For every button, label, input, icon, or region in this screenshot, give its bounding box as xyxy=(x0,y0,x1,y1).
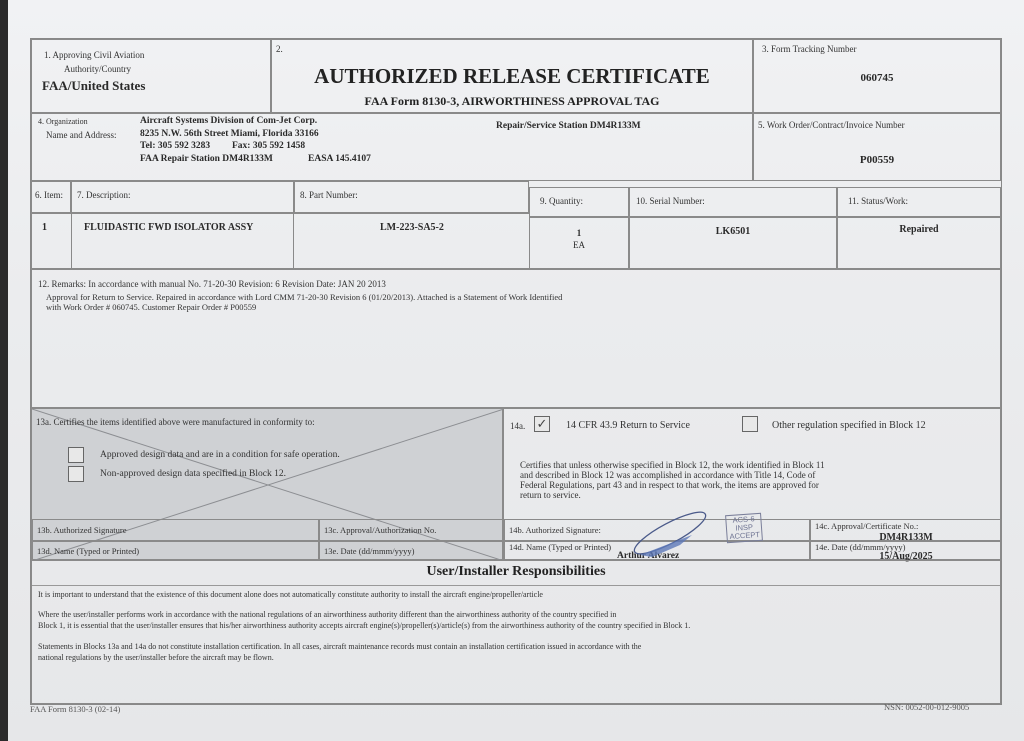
org-phone: Tel: 305 592 3283 xyxy=(140,141,210,151)
approved-design-checkbox[interactable] xyxy=(68,447,84,463)
form-8130-3: 1. Approving Civil Aviation Authority/Co… xyxy=(30,38,1002,705)
work-order-number: P00559 xyxy=(754,154,1000,166)
other-regulation-label: Other regulation specified in Block 12 xyxy=(772,420,926,431)
item-status: Repaired xyxy=(838,224,1000,235)
org-address: 8235 N.W. 56th Street Miami, Florida 331… xyxy=(140,129,319,139)
block-4-organization: 4. Organization Name and Address: Aircra… xyxy=(31,113,753,181)
header-quantity: 9. Quantity: xyxy=(529,187,629,217)
block-5-label: 5. Work Order/Contract/Invoice Number xyxy=(758,120,905,130)
block-12-remarks: 12. Remarks: In accordance with manual N… xyxy=(31,269,1001,408)
certificate-title: AUTHORIZED RELEASE CERTIFICATE xyxy=(272,64,752,89)
stamp-line-3: ACCEPT xyxy=(729,531,760,541)
authority-country: FAA/United States xyxy=(42,78,145,94)
faa-repair-station: FAA Repair Station DM4R133M xyxy=(140,154,273,164)
block-14d-label: 14d. Name (Typed or Printed) xyxy=(509,542,611,552)
item-quantity: 1 xyxy=(530,228,628,238)
block-14b-label: 14b. Authorized Signature: xyxy=(509,525,601,535)
header-status: 11. Status/Work: xyxy=(837,187,1001,217)
item-number: 1 xyxy=(42,222,47,233)
certifies-line-4: return to service. xyxy=(520,490,581,501)
block-14c-label: 14c. Approval/Certificate No.: xyxy=(815,521,918,531)
inspection-stamp: ACS-6 INSP ACCEPT xyxy=(725,513,763,543)
easa-number: EASA 145.4107 xyxy=(308,154,371,164)
approved-design-label: Approved design data and are in a condit… xyxy=(100,450,340,461)
block-13-manufacturing: 13a. Certifies the items identified abov… xyxy=(31,408,503,560)
block-3-label: 3. Form Tracking Number xyxy=(762,44,857,54)
block-1-authority: 1. Approving Civil Aviation Authority/Co… xyxy=(31,39,271,113)
responsibilities-section: User/Installer Responsibilities It is im… xyxy=(31,560,1001,704)
item-unit: EA xyxy=(530,240,628,250)
signature-icon xyxy=(632,509,712,563)
responsibilities-para-3a: Statements in Blocks 13a and 14a do not … xyxy=(38,641,641,652)
responsibilities-para-2b: Block 1, it is essential that the user/i… xyxy=(38,620,690,631)
org-fax: Fax: 305 592 1458 xyxy=(232,141,305,151)
tracking-number: 060745 xyxy=(754,72,1000,84)
block-5-work-order: 5. Work Order/Contract/Invoice Number P0… xyxy=(753,113,1001,181)
header-part-number-label: 8. Part Number: xyxy=(300,190,358,200)
block-13d: 13d. Name (Typed or Printed) xyxy=(32,541,319,561)
block-13b: 13b. Authorized Signature xyxy=(32,519,319,541)
block-2-title: 2. AUTHORIZED RELEASE CERTIFICATE FAA Fo… xyxy=(271,39,753,113)
header-part-number: 8. Part Number: xyxy=(294,181,529,213)
block-13e: 13e. Date (dd/mmm/yyyy) xyxy=(319,541,504,561)
block-1-label: 1. Approving Civil Aviation xyxy=(44,50,144,60)
non-approved-design-checkbox[interactable] xyxy=(68,466,84,482)
other-regulation-checkbox[interactable] xyxy=(742,416,758,432)
row-status-cell: Repaired xyxy=(837,217,1001,269)
header-item-label: 6. Item: xyxy=(35,190,63,200)
block-4-label-2: Name and Address: xyxy=(46,130,116,140)
row-divider-1 xyxy=(71,213,294,269)
header-quantity-label: 9. Quantity: xyxy=(540,196,583,206)
item-part-number: LM-223-SA5-2 xyxy=(380,222,444,233)
form-version: FAA Form 8130-3 (02-14) xyxy=(30,704,120,715)
item-serial-number: LK6501 xyxy=(630,226,836,237)
header-serial-number-label: 10. Serial Number: xyxy=(636,196,705,206)
row-serial-cell: LK6501 xyxy=(629,217,837,269)
block-14a-label: 14a. xyxy=(510,421,525,431)
block-4-label: 4. Organization xyxy=(38,117,88,126)
header-description: 7. Description: xyxy=(71,181,294,213)
block-13a-label: 13a. Certifies the items identified abov… xyxy=(36,417,315,427)
block-13b-label: 13b. Authorized Signature xyxy=(37,525,126,535)
header-serial-number: 10. Serial Number: xyxy=(629,187,837,217)
header-item: 6. Item: xyxy=(31,181,71,213)
block-3-tracking: 3. Form Tracking Number 060745 xyxy=(753,39,1001,113)
block-13d-label: 13d. Name (Typed or Printed) xyxy=(37,546,139,556)
header-status-label: 11. Status/Work: xyxy=(848,196,908,206)
org-name: Aircraft Systems Division of Com-Jet Cor… xyxy=(140,116,317,126)
block-13c-label: 13c. Approval/Authorization No. xyxy=(324,525,436,535)
block-1-label-2: Authority/Country xyxy=(64,64,131,74)
block-13c: 13c. Approval/Authorization No. xyxy=(319,519,504,541)
certificate-subtitle: FAA Form 8130-3, AIRWORTHINESS APPROVAL … xyxy=(272,94,752,109)
remarks-line-1: 12. Remarks: In accordance with manual N… xyxy=(38,279,386,290)
certificate-paper: 1. Approving Civil Aviation Authority/Co… xyxy=(8,0,1024,741)
responsibilities-para-1: It is important to understand that the e… xyxy=(38,589,543,600)
block-14e: 14e. Date (dd/mmm/yyyy) 15/Aug/2025 xyxy=(810,541,1002,561)
responsibilities-title: User/Installer Responsibilities xyxy=(32,564,1000,580)
non-approved-design-label: Non-approved design data specified in Bl… xyxy=(100,469,286,480)
block-14c: 14c. Approval/Certificate No.: DM4R133M xyxy=(810,519,1002,541)
service-station: Repair/Service Station DM4R133M xyxy=(496,121,641,131)
responsibilities-divider xyxy=(32,585,1000,586)
responsibilities-para-2a: Where the user/installer performs work i… xyxy=(38,609,616,620)
remarks-line-3: with Work Order # 060745. Customer Repai… xyxy=(46,302,256,313)
header-description-label: 7. Description: xyxy=(77,190,131,200)
block-13e-label: 13e. Date (dd/mmm/yyyy) xyxy=(324,546,414,556)
row-quantity-cell: 1 EA xyxy=(529,217,629,269)
nsn-number: NSN: 0052-00-012-9005 xyxy=(884,702,969,713)
cfr-43-9-checkbox[interactable]: ✓ xyxy=(534,416,550,432)
block-2-label: 2. xyxy=(276,44,283,54)
block-14-return-to-service: 14a. ✓ 14 CFR 43.9 Return to Service Oth… xyxy=(503,408,1001,560)
responsibilities-para-3b: national regulations by the user/install… xyxy=(38,652,274,663)
cfr-43-9-label: 14 CFR 43.9 Return to Service xyxy=(566,420,690,431)
